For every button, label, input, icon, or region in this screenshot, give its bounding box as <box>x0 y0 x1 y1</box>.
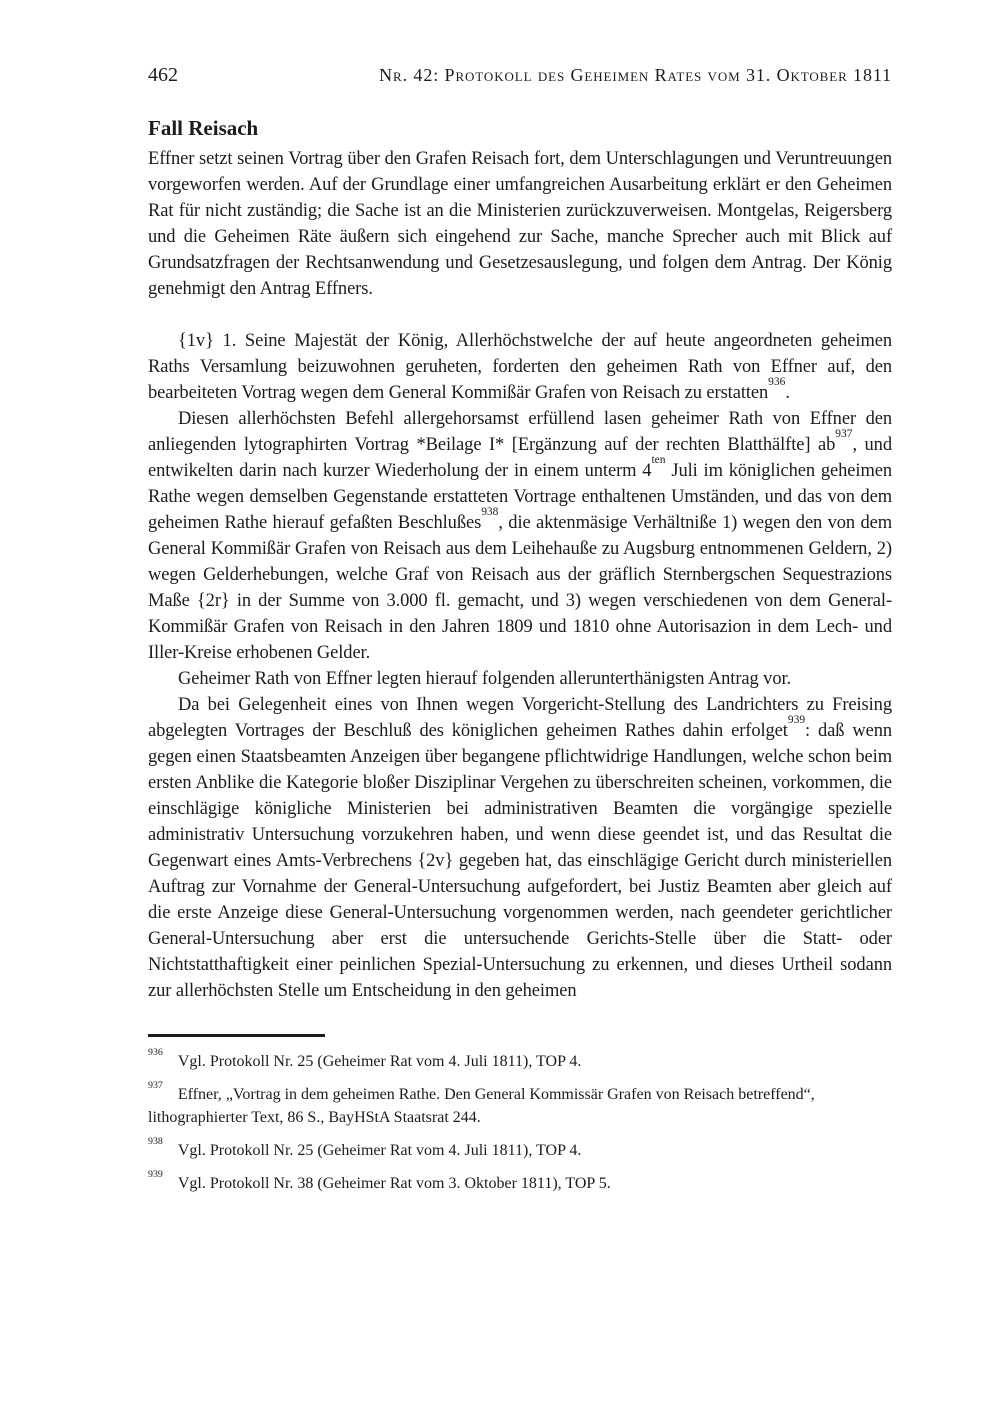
running-head-title: Nr. 42: Protokoll des Geheimen Rates vom… <box>379 62 892 88</box>
footnote-text: Vgl. Protokoll Nr. 38 (Geheimer Rat vom … <box>178 1175 611 1192</box>
footnote-939: 939Vgl. Protokoll Nr. 38 (Geheimer Rat v… <box>148 1172 892 1195</box>
footnote-marker: 936 <box>148 1047 163 1058</box>
summary-paragraph: Effner setzt seinen Vortrag über den Gra… <box>148 146 892 302</box>
running-header: 462 Nr. 42: Protokoll des Geheimen Rates… <box>148 62 892 88</box>
footnote-divider-rule <box>148 1034 325 1037</box>
footnote-reference: 937 <box>835 428 852 440</box>
footnote-text: Effner, „Vortrag in dem geheimen Rathe. … <box>148 1086 815 1126</box>
main-text-block: Fall Reisach Effner setzt seinen Vortrag… <box>148 115 892 1004</box>
footnote-list: 936Vgl. Protokoll Nr. 25 (Geheimer Rat v… <box>148 1050 892 1195</box>
footnote-marker: 938 <box>148 1136 163 1147</box>
footnote-937: 937Effner, „Vortrag in dem geheimen Rath… <box>148 1083 892 1129</box>
footnote-text: Vgl. Protokoll Nr. 25 (Geheimer Rat vom … <box>178 1142 582 1159</box>
body-paragraph-2: Diesen allerhöchsten Befehl allergehorsa… <box>148 406 892 666</box>
footnote-reference: 936 <box>768 376 785 388</box>
body-paragraph-1: {1v} 1. Seine Majestät der König, Allerh… <box>148 328 892 406</box>
footnote-reference: 939 <box>788 714 805 726</box>
body-paragraphs: Effner setzt seinen Vortrag über den Gra… <box>148 146 892 1004</box>
footnote-reference: ten <box>651 454 665 466</box>
section-heading: Fall Reisach <box>148 115 892 141</box>
footnotes-section: 936Vgl. Protokoll Nr. 25 (Geheimer Rat v… <box>148 1034 892 1195</box>
footnote-marker: 939 <box>148 1169 163 1180</box>
footnote-938: 938Vgl. Protokoll Nr. 25 (Geheimer Rat v… <box>148 1139 892 1162</box>
footnote-reference: 938 <box>481 506 498 518</box>
footnote-936: 936Vgl. Protokoll Nr. 25 (Geheimer Rat v… <box>148 1050 892 1073</box>
book-page: 462 Nr. 42: Protokoll des Geheimen Rates… <box>0 0 1004 1418</box>
footnote-text: Vgl. Protokoll Nr. 25 (Geheimer Rat vom … <box>178 1053 582 1070</box>
page-number: 462 <box>148 62 178 88</box>
body-paragraph-3: Geheimer Rath von Effner legten hierauf … <box>148 666 892 692</box>
body-paragraph-4: Da bei Gelegenheit eines von Ihnen wegen… <box>148 692 892 1004</box>
footnote-marker: 937 <box>148 1080 163 1091</box>
